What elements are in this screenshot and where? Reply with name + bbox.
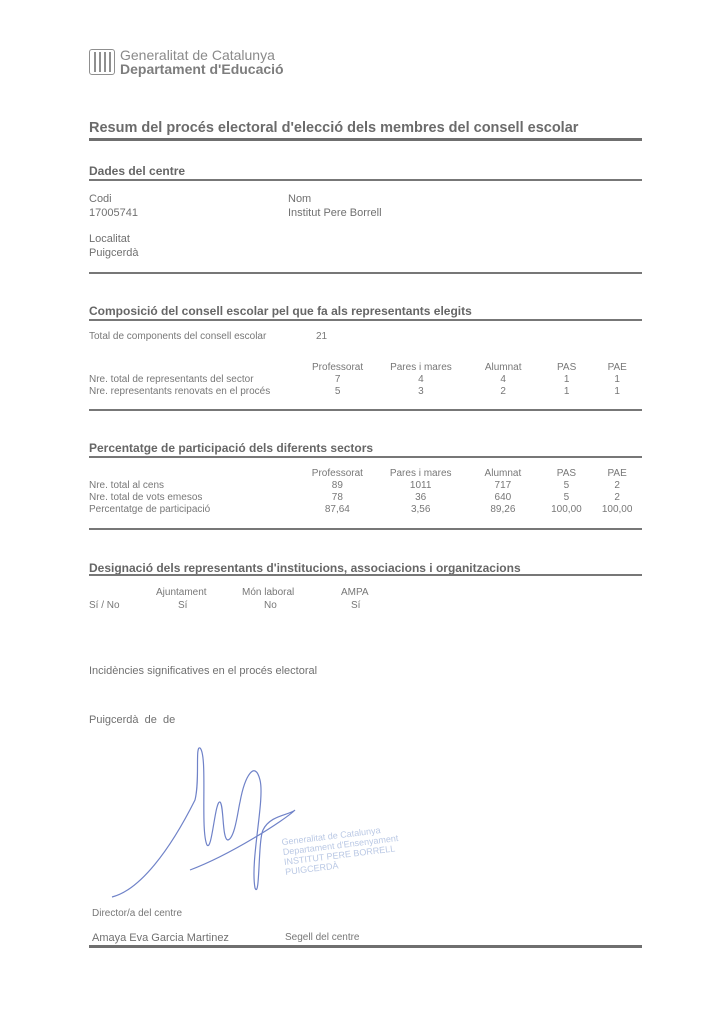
column-header: PAS: [541, 468, 593, 480]
generalitat-emblem-icon: [89, 49, 115, 75]
column-header: PAE: [592, 362, 642, 374]
cell: 87,64: [299, 504, 377, 516]
cell: 100,00: [541, 504, 593, 516]
document-title: Resum del procés electoral d'elecció del…: [89, 120, 578, 136]
director-role-label: Director/a del centre: [92, 908, 182, 919]
cell: 1011: [376, 480, 465, 492]
divider: [89, 319, 642, 321]
table-row: Percentatge de participació 87,64 3,56 8…: [89, 504, 642, 516]
divider: [89, 528, 642, 530]
cell: 2: [592, 480, 642, 492]
column-header: Professorat: [299, 468, 377, 480]
cell: 5: [541, 492, 593, 504]
column-header: Professorat: [299, 362, 377, 374]
value-ajuntament: Sí: [178, 600, 187, 611]
cell: 89,26: [465, 504, 540, 516]
section-title-centre: Dades del centre: [89, 164, 185, 178]
seal-label: Segell del centre: [285, 932, 360, 943]
cell: 640: [465, 492, 540, 504]
codi-value: 17005741: [89, 207, 138, 219]
total-components-value: 21: [316, 331, 327, 342]
place-date: Puigcerdà de de: [89, 714, 175, 726]
department-name: Departament d'Educació: [120, 62, 284, 76]
row-label: Nre. total de representants del sector: [89, 374, 299, 386]
localitat-value: Puigcerdà: [89, 247, 139, 259]
row-label: Nre. representants renovats en el procés: [89, 386, 299, 398]
cell: 36: [376, 492, 465, 504]
column-header: PAS: [541, 362, 593, 374]
column-header: Pares i mares: [376, 468, 465, 480]
column-header: Pares i mares: [376, 362, 465, 374]
cell: 2: [592, 492, 642, 504]
cell: 2: [465, 386, 540, 398]
table-row: Nre. total de vots emesos 78 36 640 5 2: [89, 492, 642, 504]
cell: 7: [299, 374, 377, 386]
cell: 1: [592, 386, 642, 398]
composicio-table: Professorat Pares i mares Alumnat PAS PA…: [89, 362, 642, 398]
cell: 4: [465, 374, 540, 386]
divider: [89, 574, 642, 576]
column-header-ampa: AMPA: [341, 587, 369, 598]
column-header-ajuntament: Ajuntament: [156, 587, 207, 598]
row-label: Percentatge de participació: [89, 504, 299, 516]
cell: 3: [376, 386, 465, 398]
table-header-row: Professorat Pares i mares Alumnat PAS PA…: [89, 362, 642, 374]
divider: [89, 138, 642, 141]
localitat-label: Localitat: [89, 233, 130, 245]
cell: 1: [541, 374, 593, 386]
cell: 4: [376, 374, 465, 386]
value-mon-laboral: No: [264, 600, 277, 611]
nom-label: Nom: [288, 193, 311, 205]
cell: 100,00: [592, 504, 642, 516]
section-title-participacio: Percentatge de participació dels diferen…: [89, 441, 373, 455]
row-label: Nre. total al cens: [89, 480, 299, 492]
divider: [89, 945, 642, 948]
cell: 89: [299, 480, 377, 492]
row-label: Nre. total de vots emesos: [89, 492, 299, 504]
section-title-designacio: Designació dels representants d'instituc…: [89, 561, 521, 575]
table-row: Nre. total al cens 89 1011 717 5 2: [89, 480, 642, 492]
divider: [89, 409, 642, 411]
divider: [89, 272, 642, 274]
si-no-label: Sí / No: [89, 600, 120, 611]
column-header: PAE: [592, 468, 642, 480]
column-header-mon-laboral: Món laboral: [242, 587, 294, 598]
cell: 717: [465, 480, 540, 492]
cell: 1: [541, 386, 593, 398]
section-title-composicio: Composició del consell escolar pel que f…: [89, 304, 472, 318]
total-components-label: Total de components del consell escolar: [89, 331, 266, 342]
codi-label: Codi: [89, 193, 112, 205]
cell: 3,56: [376, 504, 465, 516]
director-name: Amaya Eva Garcia Martinez: [92, 932, 229, 944]
divider: [89, 456, 642, 458]
column-header: Alumnat: [465, 362, 540, 374]
table-row: Nre. representants renovats en el procés…: [89, 386, 642, 398]
value-ampa: Sí: [351, 600, 360, 611]
participacio-table: Professorat Pares i mares Alumnat PAS PA…: [89, 468, 642, 516]
cell: 1: [592, 374, 642, 386]
director-signature: [100, 740, 320, 910]
column-header: Alumnat: [465, 468, 540, 480]
table-row: Nre. total de representants del sector 7…: [89, 374, 642, 386]
cell: 78: [299, 492, 377, 504]
divider: [89, 179, 642, 181]
cell: 5: [541, 480, 593, 492]
nom-value: Institut Pere Borrell: [288, 207, 382, 219]
table-header-row: Professorat Pares i mares Alumnat PAS PA…: [89, 468, 642, 480]
incidencies-label: Incidències significatives en el procés …: [89, 665, 317, 677]
org-name: Generalitat de Catalunya: [120, 48, 284, 62]
cell: 5: [299, 386, 377, 398]
generalitat-logo: Generalitat de Catalunya Departament d'E…: [89, 48, 284, 76]
